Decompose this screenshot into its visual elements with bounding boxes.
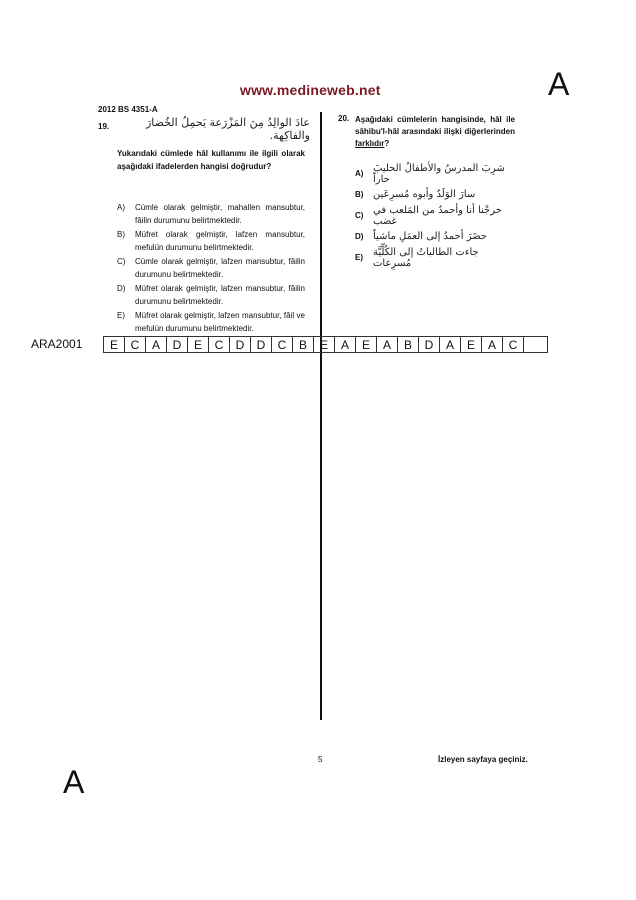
- question-20-choice-e: E) جاءت الطالباتُ إلى الكُلِّيَّة مُسرِع…: [355, 247, 515, 268]
- answer-key-cell: A: [146, 337, 167, 352]
- answer-key-row: ARA2001 ECADECDDCBEAEABDAEAC: [0, 336, 548, 353]
- booklet-type-bottom: A: [63, 764, 84, 801]
- answer-key-cell: E: [461, 337, 482, 352]
- choice-label: C): [355, 211, 373, 220]
- page-number: 5: [318, 755, 322, 764]
- choice-text: Müfret olarak gelmiştir, lafzen mansubtu…: [135, 309, 305, 335]
- question-20-stem: Aşağıdaki cümlelerin hangisinde, hâl ile…: [355, 114, 515, 150]
- answer-key-cell: D: [419, 337, 440, 352]
- question-20-choice-c: C) خرجْنا أنا وأحمدُ من المَلعب في غضب: [355, 205, 515, 226]
- choice-arabic-text: سارَ الوَلَدُ وأبوه مُسرِعَين: [373, 189, 475, 200]
- site-url: www.medineweb.net: [240, 82, 381, 98]
- answer-key-cell: E: [314, 337, 335, 352]
- choice-text: Cümle olarak gelmiştir, mahallen mansubt…: [135, 201, 305, 227]
- choice-label: B): [117, 228, 135, 254]
- question-20-choices: A) شرِبَ المدرسُ والأطفالُ الحليبَ حاراً…: [355, 163, 515, 268]
- choice-label: E): [117, 309, 135, 335]
- choice-label: D): [117, 282, 135, 308]
- answer-key-cell: A: [440, 337, 461, 352]
- answer-key-cell: [524, 337, 548, 352]
- answer-key-cell: D: [167, 337, 188, 352]
- question-19-choice-d: D) Müfret olarak gelmiştir, lafzen mansu…: [117, 282, 305, 308]
- choice-text: Müfret olarak gelmiştir, lafzen mansubtu…: [135, 228, 305, 254]
- answer-key-cell: A: [482, 337, 503, 352]
- question-20-choice-d: D) حضَرَ أحمدُ إلى العمَلِ ماشياً: [355, 226, 515, 247]
- question-20-choice-a: A) شرِبَ المدرسُ والأطفالُ الحليبَ حاراً: [355, 163, 515, 184]
- answer-key-cell: C: [272, 337, 293, 352]
- choice-arabic-text: جاءت الطالباتُ إلى الكُلِّيَّة مُسرِعات: [373, 247, 515, 269]
- choice-arabic-text: خرجْنا أنا وأحمدُ من المَلعب في غضب: [373, 205, 515, 227]
- question-19-stem: Yukarıdaki cümlede hâl kullanımı ile ilg…: [117, 147, 305, 173]
- column-divider: [320, 112, 322, 720]
- choice-label: C): [117, 255, 135, 281]
- choice-arabic-text: شرِبَ المدرسُ والأطفالُ الحليبَ حاراً: [373, 163, 515, 185]
- answer-key-cell: A: [335, 337, 356, 352]
- question-20-choice-b: B) سارَ الوَلَدُ وأبوه مُسرِعَين: [355, 184, 515, 205]
- choice-label: E): [355, 253, 373, 262]
- question-19-choice-b: B) Müfret olarak gelmiştir, lafzen mansu…: [117, 228, 305, 254]
- answer-key-cell: C: [125, 337, 146, 352]
- question-19-arabic-sentence: عادَ الوالِدُ مِنَ المَزْرَعة يَحمِلُ ال…: [130, 116, 310, 142]
- answer-key-cell: C: [503, 337, 524, 352]
- choice-text: Müfret olarak gelmiştir, lafzen mansubtu…: [135, 282, 305, 308]
- answer-key-cell: E: [188, 337, 209, 352]
- answer-key-cell: A: [377, 337, 398, 352]
- choice-arabic-text: حضَرَ أحمدُ إلى العمَلِ ماشياً: [373, 231, 487, 242]
- answer-key-cell: B: [293, 337, 314, 352]
- choice-label: B): [355, 190, 373, 199]
- choice-label: A): [117, 201, 135, 227]
- choice-text: Cümle olarak gelmiştir, lafzen mansubtur…: [135, 255, 305, 281]
- question-20-number: 20.: [338, 114, 349, 123]
- booklet-type-top: A: [548, 66, 569, 103]
- question-20-stem-emphasis: farklıdır: [355, 139, 384, 148]
- question-20-stem-end: ?: [384, 139, 389, 148]
- answer-key-cell: D: [251, 337, 272, 352]
- question-19-choices: A) Cümle olarak gelmiştir, mahallen mans…: [117, 201, 305, 336]
- answer-key-code: ARA2001: [0, 336, 103, 353]
- answer-key-cell: C: [209, 337, 230, 352]
- answer-key-cell: E: [104, 337, 125, 352]
- continue-note: İzleyen sayfaya geçiniz.: [438, 755, 528, 764]
- question-19-choice-c: C) Cümle olarak gelmiştir, lafzen mansub…: [117, 255, 305, 281]
- question-20-stem-text: Aşağıdaki cümlelerin hangisinde, hâl ile…: [355, 115, 515, 136]
- question-19-number: 19.: [98, 122, 109, 131]
- exam-code: 2012 BS 4351-A: [98, 105, 158, 114]
- answer-key-cells: ECADECDDCBEAEABDAEAC: [103, 336, 548, 353]
- choice-label: D): [355, 232, 373, 241]
- answer-key-cell: B: [398, 337, 419, 352]
- answer-key-cell: D: [230, 337, 251, 352]
- answer-key-cell: E: [356, 337, 377, 352]
- choice-label: A): [355, 169, 373, 178]
- question-19-choice-e: E) Müfret olarak gelmiştir, lafzen mansu…: [117, 309, 305, 335]
- question-19-choice-a: A) Cümle olarak gelmiştir, mahallen mans…: [117, 201, 305, 227]
